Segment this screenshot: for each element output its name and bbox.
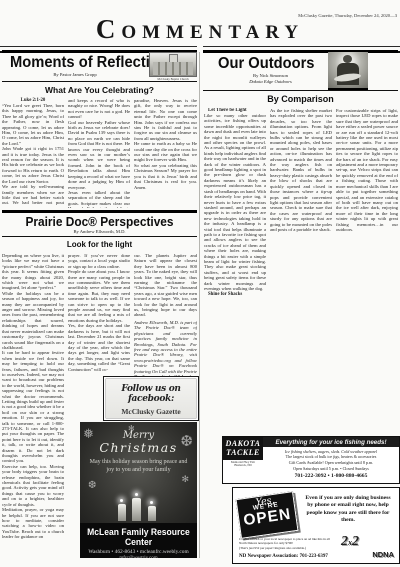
- mclean-email: mfrc@westriv.com: [80, 556, 197, 559]
- church-building: [153, 62, 193, 75]
- prairie-header-rule: [2, 236, 197, 237]
- mclean-contact: Washburn • 462-8643 • mcleanfrc.weebly.c…: [80, 549, 197, 555]
- prairie-title: Prairie Doc® Perspectives: [7, 215, 192, 229]
- outdoors-byline: By Nick Simonson: [218, 73, 323, 78]
- prairie-column-2: prayer. If you’ve never done yoga, conta…: [68, 253, 130, 371]
- mclean-band: McLean Family Resource Center Washburn •…: [80, 523, 197, 558]
- snowflake-icon: ❆: [180, 432, 193, 451]
- mclean-christmas-ad: ❅ ❆ ❆ ✻ ✻ Merry Christmas May this holid…: [80, 422, 197, 558]
- moments-header-rule: [2, 81, 197, 82]
- prairie-col3-text: cur. The planets Jupiter and Saturn will…: [134, 253, 197, 318]
- column-divider: [199, 52, 200, 558]
- dakota-ad-headline: Everything for your ice fishing needs!: [263, 437, 399, 447]
- dakota-phone: 701-222-3092 • 1-800-880-4665: [263, 473, 399, 479]
- outdoors-col1-text: Like so many other outdoor activities, i…: [204, 113, 266, 291]
- angler-head: [343, 55, 352, 63]
- holiday-message: May this holiday season bring peace and …: [87, 458, 191, 474]
- dakota-logo-line1: DAKOTA: [223, 439, 263, 448]
- dakota-ad-line4: Open Saturdays until 5 p.m. • Closed Sun…: [263, 466, 399, 472]
- outdoors-column-2: As the ice fishing shelter market has ex…: [270, 108, 332, 433]
- ndna-fine-print: Contact NDNA or your local newspaper to …: [239, 537, 335, 550]
- mclean-name: McLean Family Resource Center: [83, 527, 194, 547]
- outdoors-byline2: Dakota Edge Outdoors: [218, 79, 323, 84]
- facebook-ad: Follow us on facebook: McClusky Gazette: [103, 376, 199, 421]
- moments-byline: By Pastor James Gropp: [10, 72, 140, 77]
- moments-headline: What Are You Celebrating?: [2, 85, 197, 95]
- moments-col1-text: “Yea Lord we greet Thee, born this happy…: [2, 103, 64, 206]
- moments-column-1: Luke 2:1-20 “Yea Lord we greet Thee, bor…: [2, 98, 64, 208]
- dakota-tackle-ad: DAKOTA TACKLE Memorial Hwy Exit Bismarck…: [222, 436, 400, 484]
- ndna-message: Even if you are only doing business by p…: [303, 495, 393, 525]
- prairie-headline: Look for the light: [2, 240, 197, 249]
- moments-column-2: and keeps a record of who is naughty or …: [68, 98, 130, 208]
- snowflake-icon: ✻: [128, 424, 135, 433]
- outdoors-title: Our Outdoors: [218, 55, 314, 73]
- facebook-ad-headline: Follow us on facebook:: [104, 384, 198, 404]
- facebook-ad-name: McClusky Gazette: [104, 407, 198, 416]
- dakota-logo-line2: TACKLE: [223, 448, 263, 457]
- snowflake-icon: ✻: [181, 474, 189, 485]
- outdoors-headline: By Comparison: [203, 94, 398, 104]
- church-photo: McClusky Baptist Church: [149, 52, 197, 81]
- ndna-open-ad: Yes, WE'RE OPEN Even if you are only doi…: [232, 487, 400, 564]
- prairie-column-1: Depending on where you live, it looks li…: [2, 253, 64, 561]
- two-by-two-graphic: 2x2: [341, 532, 359, 550]
- ndna-contact: ND Newspaper Association: 701-223-6397: [239, 554, 328, 559]
- moments-title: Moments of Reflection: [10, 54, 168, 72]
- dakota-address: Memorial Hwy Exit Bismarck, ND: [223, 461, 263, 469]
- prairie-top-rule: [2, 210, 197, 213]
- moments-column-3: paradise, Heaven. Jesus is the gift, the…: [134, 98, 197, 208]
- prairie-byline: By Andrew Ellsworth, M.D.: [2, 229, 197, 234]
- outdoors-column-1: Let There be Light Like so many other ou…: [204, 108, 266, 433]
- dakota-logo-block: DAKOTA TACKLE Memorial Hwy Exit Bismarck…: [223, 437, 263, 483]
- snowflake-icon: ❅: [83, 426, 94, 442]
- were-open-badge: Yes, WE'RE OPEN: [235, 491, 298, 539]
- outdoors-subhead-2: Shine for Shacks: [204, 292, 266, 297]
- outdoors-top-rule: [203, 50, 398, 53]
- prairie-column-3: cur. The planets Jupiter and Saturn will…: [134, 253, 197, 373]
- snowflake-icon: ❆: [88, 480, 96, 491]
- outdoors-header-rule: [203, 90, 398, 91]
- outdoors-column-3: For customizable strips of light, inspec…: [336, 108, 398, 433]
- ndna-logo: NDNA: [372, 550, 394, 559]
- angler-photo: [328, 50, 368, 90]
- newspaper-page: McClusky Gazette, Thursday, December 24,…: [0, 0, 400, 567]
- page-title: Commentary: [0, 14, 400, 45]
